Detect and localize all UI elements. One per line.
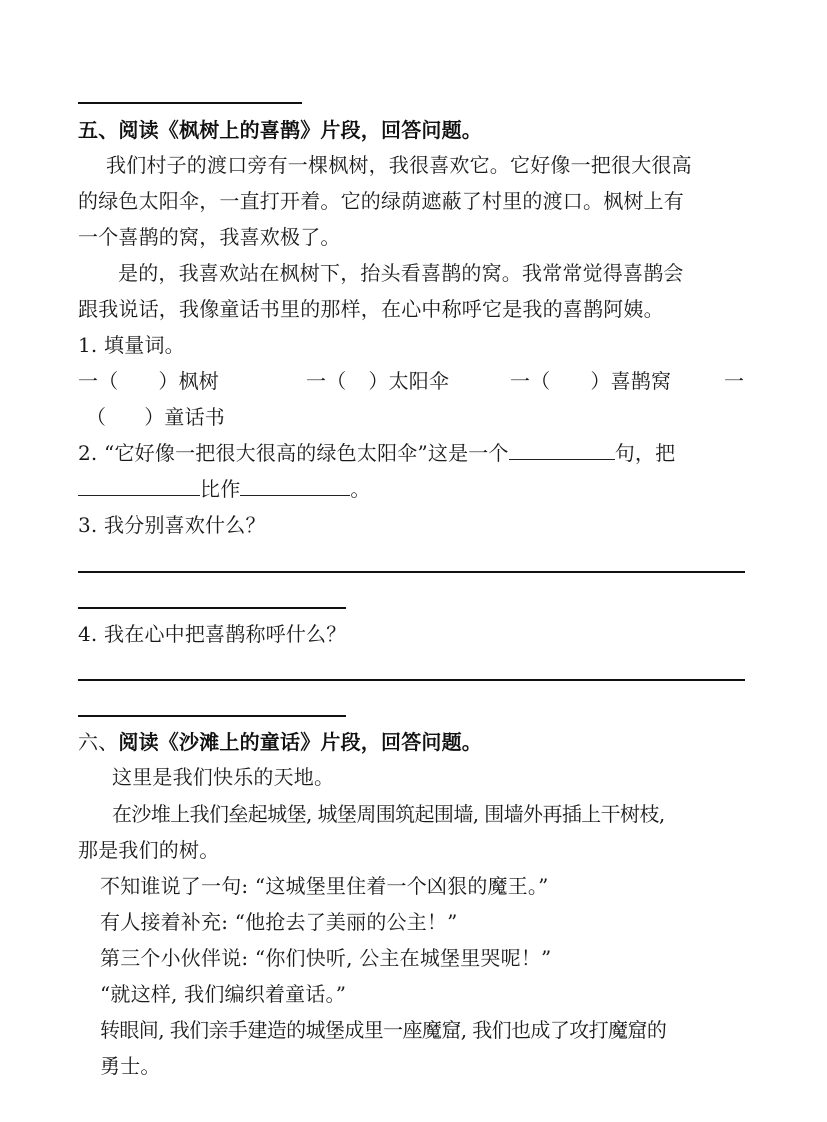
answer-blank[interactable] bbox=[78, 475, 200, 496]
passage-line: 是的，我喜欢站在枫树下，抬头看喜鹊的窝。我常常觉得喜鹊会 bbox=[118, 258, 684, 288]
section5-heading: 五、阅读《枫树上的喜鹊》片段，回答问题。 bbox=[78, 115, 482, 145]
answer-blank[interactable] bbox=[509, 439, 615, 460]
q1-prompt: 1. 填量词。 bbox=[78, 330, 185, 360]
measure-word-item[interactable]: 一（）枫树 bbox=[78, 366, 219, 396]
answer-line[interactable] bbox=[78, 607, 346, 609]
answer-line[interactable] bbox=[78, 715, 346, 717]
q3-prompt: 3. 我分别喜欢什么？ bbox=[78, 510, 266, 540]
passage-line: 第三个小伙伴说: “你们快听, 公主在城堡里哭呢！” bbox=[100, 943, 551, 973]
passage-line: 不知谁说了一句: “这城堡里住着一个凶狠的魔王。” bbox=[100, 871, 549, 901]
section6-title: 阅读《沙滩上的童话》片段，回答问题。 bbox=[118, 730, 482, 754]
passage-line: 那是我们的树。 bbox=[78, 835, 219, 865]
section6-heading: 六、阅读《沙滩上的童话》片段，回答问题。 bbox=[78, 727, 482, 757]
q2-line1: 2. “它好像一把很大很高的绿色太阳伞”这是一个句，把 bbox=[78, 438, 675, 468]
measure-word-item[interactable]: （）童话书 bbox=[86, 405, 225, 429]
q4-prompt: 4. 我在心中把喜鹊称呼什么？ bbox=[78, 619, 346, 649]
passage-line: 我们村子的渡口旁有一棵枫树，我很喜欢它。它好像一把很大很高 bbox=[106, 150, 692, 180]
passage-line: 有人接着补充: “他抢去了美丽的公主！” bbox=[100, 907, 458, 937]
section6-number: 六、 bbox=[78, 730, 118, 754]
measure-word-item[interactable]: 一 bbox=[724, 366, 744, 396]
passage-line: “就这样, 我们编织着童话。” bbox=[100, 979, 346, 1009]
answer-blank[interactable] bbox=[240, 475, 350, 496]
q1-items-row-2: （）童话书 bbox=[86, 402, 225, 432]
answer-line[interactable] bbox=[78, 571, 745, 573]
measure-word-item[interactable]: 一（）喜鹊窝 bbox=[510, 366, 671, 396]
top-rule bbox=[78, 102, 302, 104]
passage-line: 一个喜鹊的窝，我喜欢极了。 bbox=[78, 222, 341, 252]
answer-line[interactable] bbox=[78, 679, 745, 681]
q2-line2: 比作。 bbox=[78, 474, 371, 504]
passage-line: 跟我说话，我像童话书里的那样，在心中称呼它是我的喜鹊阿姨。 bbox=[78, 294, 664, 324]
passage-line: 的绿色太阳伞，一直打开着。它的绿荫遮蔽了村里的渡口。枫树上有 bbox=[78, 186, 684, 216]
passage-line: 勇士。 bbox=[100, 1051, 161, 1081]
passage-line: 这里是我们快乐的天地。 bbox=[112, 762, 334, 792]
passage-line: 转眼间, 我们亲手建造的城堡成里一座魔窟, 我们也成了攻打魔窟的 bbox=[100, 1015, 666, 1045]
passage-line: 在沙堆上我们垒起城堡, 城堡周围筑起围墙, 围墙外再插上干树枝, bbox=[112, 799, 665, 829]
q1-items-row: 一（）枫树 一（）太阳伞 一（）喜鹊窝 一 bbox=[78, 366, 748, 396]
measure-word-item[interactable]: 一（）太阳伞 bbox=[306, 366, 449, 396]
